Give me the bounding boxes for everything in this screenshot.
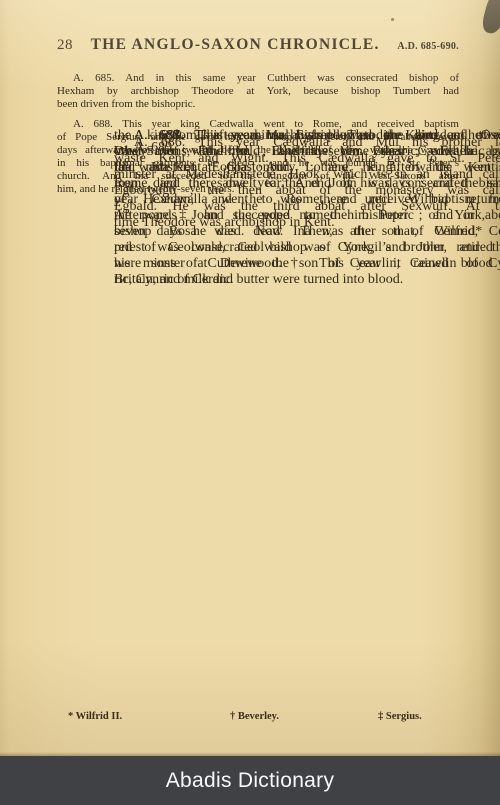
footnote-beverley: † Beverley. — [230, 711, 279, 722]
book-page: 28 THE ANGLO-SAXON CHRONICLE. A.D. 685-6… — [0, 0, 500, 756]
text-line: been driven from the bishopric. — [57, 98, 459, 111]
footnote-sergius: ‡ Sergius. — [378, 711, 422, 722]
text-line: Hexham by archbishop Theodore at York, b… — [57, 85, 459, 98]
paragraph: A. 685. And in this same year Cuthbert w… — [57, 72, 459, 111]
page-title: THE ANGLO-SAXON CHRONICLE. — [73, 36, 397, 54]
ink-speck — [391, 18, 394, 21]
text-line: red of Ceolwald, Ceolwald was Cynegil’s … — [114, 240, 500, 256]
text-line: ric, Cynric of Cerdic. — [114, 272, 500, 288]
text-line: were sons of Cuthwine the son of Ceawlin… — [114, 256, 500, 272]
footer-bar: Abadis Dictionary — [0, 756, 500, 805]
footnote-row: * Wilfrid II. † Beverley. ‡ Sergius. — [57, 711, 459, 725]
page-header: 28 THE ANGLO-SAXON CHRONICLE. A.D. 685-6… — [57, 36, 459, 54]
corner-ink-mark — [480, 0, 500, 36]
footer-brand: Abadis Dictionary — [166, 769, 335, 793]
text-line: A. 690. This year archbishop Theodore di… — [114, 128, 500, 144]
page-body: the kingdom after him. Egfrid was the so… — [57, 64, 459, 196]
page-number: 28 — [57, 37, 73, 54]
text-line: A. 685. And in this same year Cuthbert w… — [57, 72, 459, 85]
text-line: the pope,‡ and the pope named him Peter … — [114, 208, 500, 224]
text-line: Rome, and there dwelt to the end of his … — [114, 176, 500, 192]
date-range: A.D. 685-690. — [397, 41, 459, 52]
footnote-wilfrid: * Wilfrid II. — [68, 711, 122, 722]
text-line: seven days he died. Now Ina was the son … — [114, 224, 500, 240]
text-line: the minster at Glastonbury ; and he afte… — [114, 160, 500, 176]
paragraph: A. 690. This year archbishop Theodore di… — [114, 128, 500, 144]
text-line: year Cædwalla went to Rome, and received… — [114, 192, 500, 208]
